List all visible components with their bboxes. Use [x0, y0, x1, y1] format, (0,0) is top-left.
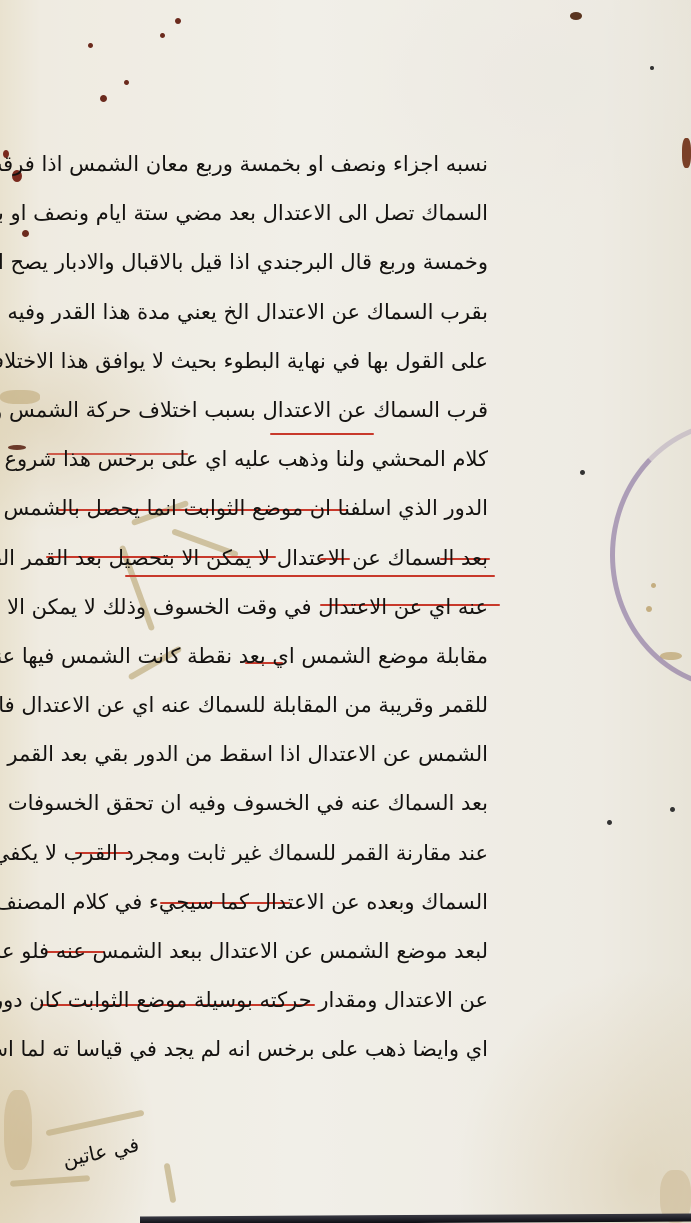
text-line: للقمر وقريبة من المقابلة للسماك عنه اي ع…	[38, 681, 488, 730]
ink-spot	[580, 470, 585, 475]
worm-track	[164, 1163, 177, 1203]
text-line: بعد السماك عن الاعتدال لا يمكن الا بتحصي…	[38, 534, 488, 583]
manuscript-page: نسبه اجزاء ونصف او بخمسة وربع معان الشمس…	[0, 0, 691, 1223]
text-line: الدور الذي اسلفنا ان موضع الثوابت انما ي…	[38, 484, 488, 533]
ink-spot	[670, 807, 675, 812]
ink-spot	[682, 138, 691, 168]
text-line: عند مقارنة القمر للسماك غير ثابت ومجرد ا…	[38, 829, 488, 878]
text-line: قرب السماك عن الاعتدال بسبب اختلاف حركة …	[38, 386, 488, 435]
text-line: اي وايضا ذهب على برخس انه لم يجد في قياس…	[38, 1025, 488, 1074]
ink-spot	[160, 33, 165, 38]
text-line: نسبه اجزاء ونصف او بخمسة وربع معان الشمس…	[38, 140, 488, 189]
text-line: بقرب السماك عن الاعتدال الخ يعني مدة هذا…	[38, 288, 488, 337]
ink-spot	[570, 12, 582, 20]
seal-stamp	[610, 420, 691, 690]
catchword: في عاتين	[60, 1132, 141, 1172]
ink-spot	[100, 95, 107, 102]
ink-spot	[124, 80, 129, 85]
ink-spot	[650, 66, 654, 70]
ink-spot	[175, 18, 181, 24]
text-line: بعد السماك عنه في الخسوف وفيه ان تحقق ال…	[38, 779, 488, 828]
text-line: وخمسة وربع قال البرجندي اذا قيل بالاقبال…	[38, 238, 488, 287]
worm-track	[45, 1110, 144, 1137]
text-line: كلام المحشي ولنا وذهب عليه اي على برخس ه…	[38, 435, 488, 484]
text-line: الشمس عن الاعتدال اذا اسقط من الدور بقي …	[38, 730, 488, 779]
ink-spot	[88, 43, 93, 48]
ink-spot	[607, 820, 612, 825]
manuscript-text: نسبه اجزاء ونصف او بخمسة وربع معان الشمس…	[38, 140, 488, 1075]
text-line: السماك تصل الى الاعتدال بعد مضي ستة ايام…	[38, 189, 488, 238]
text-line: مقابلة موضع الشمس اي بعد نقطة كانت الشمس…	[38, 632, 488, 681]
text-line: عنه اي عن الاعتدال في وقت الخسوف وذلك لا…	[38, 583, 488, 632]
text-line: على القول بها في نهاية البطوء بحيث لا يو…	[38, 337, 488, 386]
text-line: عن الاعتدال ومقدار حركته بوسيلة موضع الث…	[38, 976, 488, 1025]
worm-track	[10, 1175, 90, 1187]
text-line: السماك وبعده عن الاعتدال كما سيجيء في كل…	[38, 878, 488, 927]
text-line: لبعد موضع الشمس عن الاعتدال ببعد الشمس ع…	[38, 927, 488, 976]
page-bottom-edge	[140, 1214, 691, 1223]
water-stain	[4, 1090, 32, 1170]
